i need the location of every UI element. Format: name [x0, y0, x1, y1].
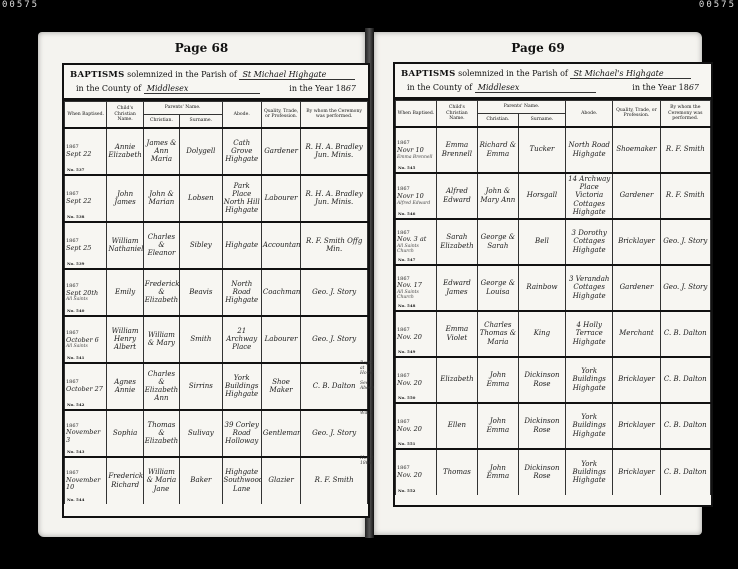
profession-cell: Labourer: [261, 316, 300, 363]
abode-cell: 4 Holly Terrace Highgate: [566, 311, 613, 357]
abode-cell: 3 Verandah Cottages Highgate: [566, 265, 613, 311]
entry-note: Alfred Edward: [397, 201, 435, 206]
baptism-date: Sept 20th: [66, 289, 98, 297]
baptism-date: Nov. 20: [397, 333, 422, 341]
surname-cell: Dickinson Rose: [518, 449, 565, 495]
parents-christian-cell: John Emma: [477, 449, 518, 495]
child-name-cell: Edward James: [436, 265, 477, 311]
child-name-cell: Sophia: [107, 410, 143, 457]
table-row: 1867 Novr 10 Alfred Edward No. 546 Alfre…: [396, 173, 711, 219]
register-title: BAPTISMS solemnized in the Parish of St …: [64, 65, 368, 101]
parents-christian-cell: John Emma: [477, 357, 518, 403]
table-row: 1867 Nov. 20 No. 550 Elizabeth John Emma…: [396, 357, 711, 403]
profession-cell: Bricklayer: [613, 449, 660, 495]
year-value: 67: [689, 83, 699, 92]
when-baptised-cell: 1867 Sept 22 No. 538: [65, 175, 107, 222]
baptism-date: Nov. 20: [397, 425, 422, 433]
col-when-baptised: When Baptised.: [396, 101, 437, 127]
parents-christian-cell: Charles & Elizabeth Ann: [143, 363, 179, 410]
margin-note: See Above: [360, 382, 378, 392]
surname-cell: Bell: [518, 219, 565, 265]
table-row: 1867 Nov. 20 No. 549 Emma Violet Charles…: [396, 311, 711, 357]
profession-cell: Gardener: [261, 128, 300, 175]
minister-cell: C. B. Dalton: [660, 357, 710, 403]
when-baptised-cell: 1867 Novr 10 Emma Brennell No. 545: [396, 127, 437, 173]
abode-cell: York Buildings Highgate: [566, 357, 613, 403]
baptism-date: November 10: [66, 476, 100, 491]
baptism-date: November 3: [66, 428, 100, 443]
minister-cell: R. F. Smith: [301, 457, 368, 504]
baptism-date: Nov. 17: [397, 281, 422, 289]
abode-cell: North Road Highgate: [566, 127, 613, 173]
abode-cell: 21 Archway Place: [222, 316, 261, 363]
surname-cell: Smith: [180, 316, 222, 363]
table-row: 1867 October 6 All Saints No. 541 Willia…: [65, 316, 368, 363]
child-name-cell: Ellen: [436, 403, 477, 449]
parents-christian-cell: Frederick & Elizabeth: [143, 269, 179, 316]
minister-cell: C. B. Dalton: [301, 363, 368, 410]
child-name-cell: Emily: [107, 269, 143, 316]
parents-christian-cell: John & Marian: [143, 175, 179, 222]
col-parents-name: Parents' Name.: [143, 102, 222, 115]
profession-cell: Shoemaker: [613, 127, 660, 173]
baptisms-heading: BAPTISMS: [70, 70, 125, 80]
child-name-cell: Emma Brennell: [436, 127, 477, 173]
entry-number: No. 552: [398, 489, 415, 494]
margin-note: Wd. 1: [360, 412, 378, 417]
table-row: 1867 November 10 No. 544 Frederick Richa…: [65, 457, 368, 504]
surname-cell: King: [518, 311, 565, 357]
surname-cell: Baker: [180, 457, 222, 504]
when-baptised-cell: 1867 October 27 No. 542: [65, 363, 107, 410]
entry-number: No. 542: [67, 403, 84, 408]
county-label: in the County of: [76, 84, 141, 93]
entry-note: All Saints Church: [397, 244, 435, 254]
surname-cell: Horsgall: [518, 173, 565, 219]
col-surname: Surname.: [180, 115, 222, 128]
parents-christian-cell: John & Mary Ann: [477, 173, 518, 219]
parents-christian-cell: Charles Thomas & Maria: [477, 311, 518, 357]
entries-table: When Baptised. Child's Christian Name. P…: [395, 100, 711, 495]
parents-christian-cell: William & Mary: [143, 316, 179, 363]
surname-cell: Dickinson Rose: [518, 403, 565, 449]
entry-number: No. 549: [398, 350, 415, 355]
table-row: 1867 Sept 20th All Saints No. 540 Emily …: [65, 269, 368, 316]
col-child-name: Child's Christian Name.: [107, 102, 143, 128]
profession-cell: Gardener: [613, 265, 660, 311]
col-christian: Christian.: [477, 114, 518, 127]
parish-value: St Michael's Highgate: [570, 69, 691, 79]
child-name-cell: Frederick Richard: [107, 457, 143, 504]
baptisms-heading: BAPTISMS: [401, 69, 456, 79]
parish-value: St Michael Highgate: [239, 70, 355, 80]
surname-cell: Sirrins: [180, 363, 222, 410]
baptism-date: Nov. 3 at: [397, 235, 426, 243]
abode-cell: 3 Dorothy Cottages Highgate: [566, 219, 613, 265]
baptism-register-table: BAPTISMS solemnized in the Parish of St …: [393, 62, 713, 507]
minister-cell: C. B. Dalton: [660, 311, 710, 357]
minister-cell: R. H. A. Bradley Jun. Minis.: [301, 128, 368, 175]
profession-cell: Bricklayer: [613, 219, 660, 265]
year-label: in the Year 18: [289, 84, 346, 93]
baptism-date: Sept 22: [66, 197, 91, 205]
minister-cell: R. H. A. Bradley Jun. Minis.: [301, 175, 368, 222]
abode-cell: York Buildings Highgate: [566, 449, 613, 495]
baptism-date: Nov. 20: [397, 379, 422, 387]
table-row: 1867 Novr 10 Emma Brennell No. 545 Emma …: [396, 127, 711, 173]
scan-reference-left: 00575: [2, 0, 39, 10]
page-number: Page 68: [38, 41, 365, 55]
col-parents-name: Parents' Name.: [477, 101, 565, 114]
baptism-date: Nov. 20: [397, 471, 422, 479]
baptism-date: Sept 25: [66, 244, 91, 252]
parents-christian-cell: John Emma: [477, 403, 518, 449]
margin-note: Bapt. at Home: [360, 362, 378, 377]
surname-cell: Beavis: [180, 269, 222, 316]
page-number: Page 69: [374, 41, 702, 55]
abode-cell: Park Place North Hill Highgate: [222, 175, 261, 222]
when-baptised-cell: 1867 Nov. 20 No. 551: [396, 403, 437, 449]
table-row: 1867 October 27 No. 542 Agnes Annie Char…: [65, 363, 368, 410]
entry-note: Emma Brennell: [397, 155, 435, 160]
entries-table: When Baptised. Child's Christian Name. P…: [64, 101, 368, 504]
abode-cell: 14 Archway Place Victoria Cottages Highg…: [566, 173, 613, 219]
when-baptised-cell: 1867 Nov. 17 All Saints Church No. 548: [396, 265, 437, 311]
when-baptised-cell: 1867 October 6 All Saints No. 541: [65, 316, 107, 363]
abode-cell: North Road Highgate: [222, 269, 261, 316]
abode-cell: York Buildings Highgate: [566, 403, 613, 449]
minister-cell: R. F. Smith Offg Min.: [301, 222, 368, 269]
profession-cell: Bricklayer: [613, 403, 660, 449]
minister-cell: C. B. Dalton: [660, 403, 710, 449]
surname-cell: Dickinson Rose: [518, 357, 565, 403]
entry-number: No. 550: [398, 396, 415, 401]
entry-note: All Saints: [66, 297, 105, 302]
baptism-date: Novr 10: [397, 192, 424, 200]
parents-christian-cell: Charles & Eleanor: [143, 222, 179, 269]
parents-christian-cell: James & Ann Maria: [143, 128, 179, 175]
year-label: in the Year 18: [632, 83, 689, 92]
baptism-date: Novr 10: [397, 146, 424, 154]
table-row: 1867 Sept 22 No. 538 John James John & M…: [65, 175, 368, 222]
child-name-cell: Alfred Edward: [436, 173, 477, 219]
minister-cell: Geo. J. Story: [301, 316, 368, 363]
profession-cell: Merchant: [613, 311, 660, 357]
abode-cell: York Buildings Highgate: [222, 363, 261, 410]
minister-cell: Geo. J. Story: [660, 265, 710, 311]
table-row: 1867 Nov. 20 No. 552 Thomas John Emma Di…: [396, 449, 711, 495]
when-baptised-cell: 1867 November 3 No. 543: [65, 410, 107, 457]
register-title: BAPTISMS solemnized in the Parish of St …: [395, 64, 711, 100]
profession-cell: Accountant: [261, 222, 300, 269]
when-baptised-cell: 1867 Nov. 20 No. 550: [396, 357, 437, 403]
col-christian: Christian.: [143, 115, 179, 128]
entry-number: No. 548: [398, 304, 415, 309]
entry-number: No. 547: [398, 258, 415, 263]
profession-cell: Labourer: [261, 175, 300, 222]
parents-christian-cell: Thomas & Elizabeth: [143, 410, 179, 457]
surname-cell: Dolygell: [180, 128, 222, 175]
abode-cell: Highgate: [222, 222, 261, 269]
entry-note: All Saints Church: [397, 290, 435, 300]
col-when-baptised: When Baptised.: [65, 102, 107, 128]
child-name-cell: William Henry Albert: [107, 316, 143, 363]
county-value: Middlesex: [475, 83, 596, 93]
minister-cell: Geo. J. Story: [301, 410, 368, 457]
child-name-cell: Emma Violet: [436, 311, 477, 357]
profession-cell: Shoe Maker: [261, 363, 300, 410]
minister-cell: Geo. J. Story: [660, 219, 710, 265]
entry-number: No. 538: [67, 215, 84, 220]
child-name-cell: Annie Elizabeth: [107, 128, 143, 175]
when-baptised-cell: 1867 Novr 10 Alfred Edward No. 546: [396, 173, 437, 219]
when-baptised-cell: 1867 Sept 25 No. 539: [65, 222, 107, 269]
year-value: 67: [346, 84, 356, 93]
surname-cell: Sulivay: [180, 410, 222, 457]
entry-number: No. 551: [398, 442, 415, 447]
when-baptised-cell: 1867 Nov. 20 No. 549: [396, 311, 437, 357]
child-name-cell: John James: [107, 175, 143, 222]
county-label: in the County of: [407, 83, 472, 92]
child-name-cell: Thomas: [436, 449, 477, 495]
col-child-name: Child's Christian Name.: [436, 101, 477, 127]
minister-cell: R. F. Smith: [660, 173, 710, 219]
col-quality: Quality, Trade, or Profession.: [261, 102, 300, 128]
parents-christian-cell: William & Maria Jane: [143, 457, 179, 504]
table-row: 1867 Sept 22 No. 537 Annie Elizabeth Jam…: [65, 128, 368, 175]
minister-cell: C. B. Dalton: [660, 449, 710, 495]
entry-number: No. 539: [67, 262, 84, 267]
col-by-whom: By whom the Ceremony was performed.: [660, 101, 710, 127]
parents-christian-cell: George & Louisa: [477, 265, 518, 311]
child-name-cell: Sarah Elizabeth: [436, 219, 477, 265]
child-name-cell: William Nathaniel: [107, 222, 143, 269]
entry-number: No. 543: [67, 450, 84, 455]
when-baptised-cell: 1867 Nov. 20 No. 552: [396, 449, 437, 495]
table-row: 1867 Sept 25 No. 539 William Nathaniel C…: [65, 222, 368, 269]
parish-label: solemnized in the Parish of: [127, 70, 237, 79]
abode-cell: Highgate Southwood Lane: [222, 457, 261, 504]
surname-cell: Sibley: [180, 222, 222, 269]
parish-label: solemnized in the Parish of: [458, 69, 568, 78]
table-row: 1867 Nov. 20 No. 551 Ellen John Emma Dic…: [396, 403, 711, 449]
profession-cell: Gentleman: [261, 410, 300, 457]
parents-christian-cell: George & Sarah: [477, 219, 518, 265]
profession-cell: Coachman: [261, 269, 300, 316]
table-row: 1867 Nov. 3 at All Saints Church No. 547…: [396, 219, 711, 265]
entry-number: No. 544: [67, 498, 84, 503]
profession-cell: Glazier: [261, 457, 300, 504]
register-page-69: Page 69 BAPTISMS solemnized in the Paris…: [374, 32, 702, 535]
entry-note: All Saints: [66, 344, 105, 349]
entry-number: No. 545: [398, 166, 415, 171]
col-surname: Surname.: [518, 114, 565, 127]
child-name-cell: Elizabeth: [436, 357, 477, 403]
abode-cell: Cath Grove Highgate: [222, 128, 261, 175]
entry-number: No. 541: [67, 356, 84, 361]
margin-note: Nov 3 1868: [360, 457, 378, 467]
minister-cell: Geo. J. Story: [301, 269, 368, 316]
register-page-68: Page 68 BAPTISMS solemnized in the Paris…: [38, 32, 365, 537]
col-abode: Abode.: [222, 102, 261, 128]
when-baptised-cell: 1867 November 10 No. 544: [65, 457, 107, 504]
when-baptised-cell: 1867 Sept 20th All Saints No. 540: [65, 269, 107, 316]
profession-cell: Gardener: [613, 173, 660, 219]
baptism-date: October 6: [66, 336, 99, 344]
scan-reference-right: 00575: [699, 0, 736, 10]
child-name-cell: Agnes Annie: [107, 363, 143, 410]
baptism-date: Sept 22: [66, 150, 91, 158]
surname-cell: Lobsen: [180, 175, 222, 222]
entry-number: No. 546: [398, 212, 415, 217]
profession-cell: Bricklayer: [613, 357, 660, 403]
baptism-register-table: BAPTISMS solemnized in the Parish of St …: [62, 63, 370, 518]
col-by-whom: By whom the Ceremony was performed.: [301, 102, 368, 128]
entry-number: No. 537: [67, 168, 84, 173]
col-abode: Abode.: [566, 101, 613, 127]
table-row: 1867 November 3 No. 543 Sophia Thomas & …: [65, 410, 368, 457]
abode-cell: 39 Corley Road Holloway: [222, 410, 261, 457]
table-row: 1867 Nov. 17 All Saints Church No. 548 E…: [396, 265, 711, 311]
entry-number: No. 540: [67, 309, 84, 314]
surname-cell: Tucker: [518, 127, 565, 173]
surname-cell: Rainbow: [518, 265, 565, 311]
col-quality: Quality, Trade, or Profession.: [613, 101, 660, 127]
parents-christian-cell: Richard & Emma: [477, 127, 518, 173]
county-value: Middlesex: [144, 84, 260, 94]
baptism-date: October 27: [66, 385, 103, 393]
when-baptised-cell: 1867 Sept 22 No. 537: [65, 128, 107, 175]
minister-cell: R. F. Smith: [660, 127, 710, 173]
when-baptised-cell: 1867 Nov. 3 at All Saints Church No. 547: [396, 219, 437, 265]
